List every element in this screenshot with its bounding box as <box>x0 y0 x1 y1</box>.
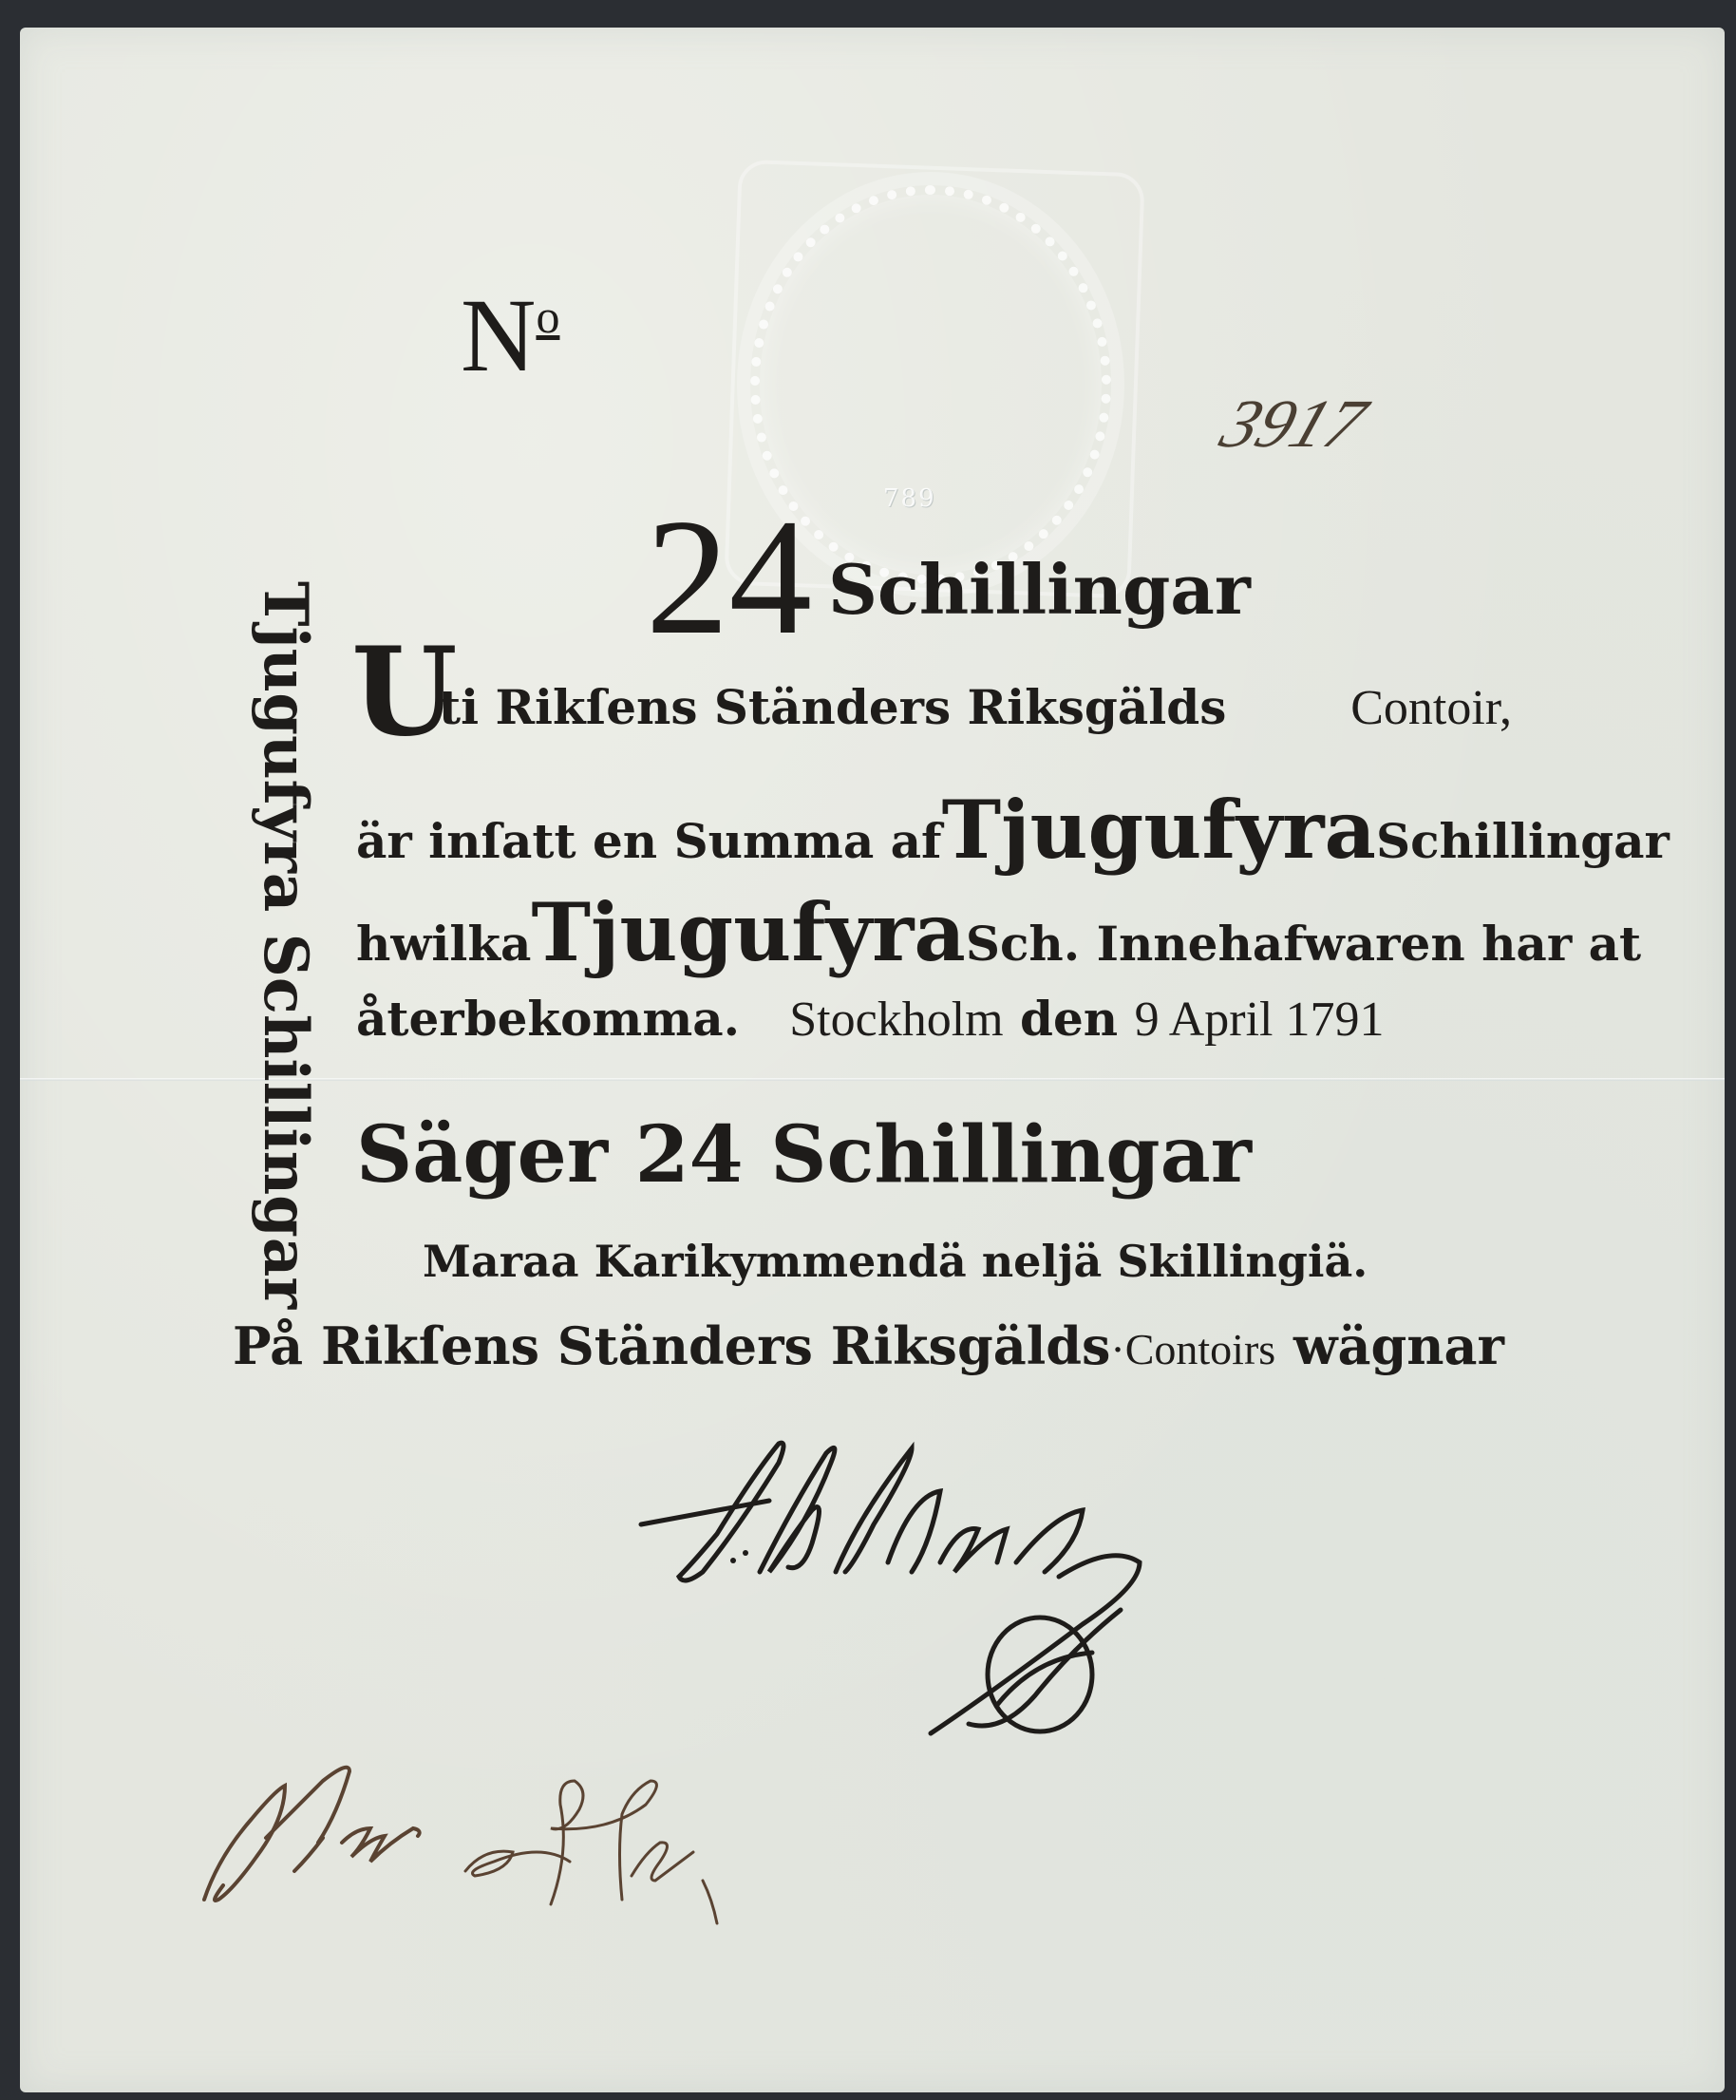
body-line-1: ti Rikſens Ständers Riksgälds Contoir, <box>439 684 1512 733</box>
authority-line: På Rikſens Ständers Riksgälds·Contoirs w… <box>233 1320 1504 1372</box>
sager-line: Säger 24 Schillingar <box>356 1116 1252 1194</box>
amount-word: Tjugufyra <box>531 893 965 973</box>
denomination-word: Schillingar <box>828 556 1251 624</box>
denomination-numeral: 24 <box>646 494 812 660</box>
finnish-line: Maraa Karikymmendä neljä Skillingiä. <box>423 1239 1368 1283</box>
body-line-2: är inſatt en Summa af Tjugufyra Schillin… <box>356 790 1515 870</box>
authority-line-text: På Rikſens Ständers Riksgälds <box>233 1315 1110 1376</box>
body-line-4-den: den <box>1020 991 1118 1047</box>
amount-word: Tjugufyra <box>942 790 1376 870</box>
lower-right-signature <box>456 1738 760 1928</box>
lower-left-signature <box>180 1733 465 1933</box>
body-line-4: återbekomma. Stockholm den 9 April 1791 <box>356 995 1384 1045</box>
body-line-2-text: är inſatt en Summa af <box>356 818 942 865</box>
body-line-3-rest: Sch. Innehafwaren har at <box>966 920 1641 968</box>
numero-label: No <box>461 275 559 396</box>
body-line-4-text: återbekomma. <box>356 991 740 1047</box>
body-line-3: hwilka Tjugufyra Sch. Innehafwaren har a… <box>356 893 1515 973</box>
vertical-denomination-text: Tjugufyra Schillingar <box>255 581 315 1309</box>
authority-contoirs: Contoirs <box>1125 1325 1275 1373</box>
body-line-2-unit: Schillingar <box>1376 818 1670 865</box>
seal-year: 789 <box>883 484 936 513</box>
place-name: Stockholm <box>789 993 1003 1047</box>
main-signature <box>627 1420 1159 1762</box>
authority-wagnar: wägnar <box>1293 1315 1504 1376</box>
body-line-1-text: ti Rikſens Ständers Riksgälds <box>439 684 1226 731</box>
issue-date: 9 April 1791 <box>1135 993 1385 1047</box>
body-line-1-contoir: Contoir, <box>1350 684 1512 733</box>
body-line-3-text: hwilka <box>356 920 531 968</box>
serial-number: 3917 <box>1211 385 1376 464</box>
